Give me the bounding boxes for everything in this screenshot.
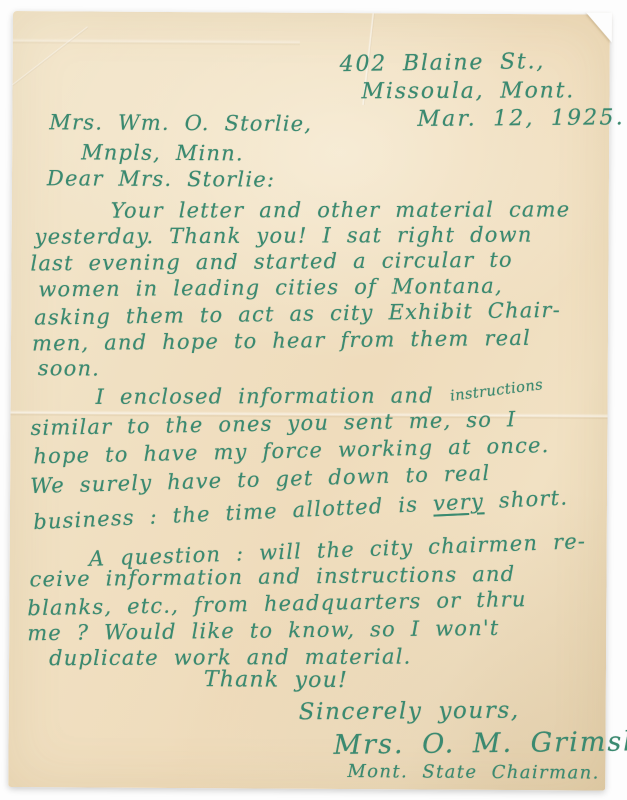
body-p1-line-4: women in leading cities of Montana, [38,274,503,302]
body-p2-line-5-end: short. [483,485,568,513]
body-p1-line-6: men, and hope to hear from them real [32,326,531,356]
valediction: Sincerely yours, [299,698,520,726]
underlined-word: very [432,489,484,515]
body-p1-line-2: yesterday. Thank you! I sat right down [35,223,533,249]
body-p2-line-1: I enclosed information and instructions [96,383,543,409]
body-p3-line-5: duplicate work and material. [49,645,412,671]
sender-address-line-2: Missoula, Mont. [361,78,575,104]
fold-crease-corner [12,26,88,86]
signature-title: Mont. State Chairman. [347,761,600,784]
closing-thanks: Thank you! [204,667,348,693]
body-p1-line-5: asking them to act as city Exhibit Chair… [34,298,561,330]
salutation: Dear Mrs. Storlie: [47,166,275,191]
page-background: { "letter": { "ink_color": "#3a8a70", "p… [0,0,627,800]
clipped-corner [586,13,612,43]
fold-crease-top [13,38,300,46]
body-p3-line-4: me ? Would like to know, so I won't [27,616,500,645]
letter-paper: 402 Blaine St., Missoula, Mont. Mar. 12,… [8,11,610,791]
body-p2-line-1-text: I enclosed information and [96,383,449,409]
body-p3-line-2: ceive information and instructions and [29,562,515,592]
body-p1-line-3: last evening and started a circular to [30,248,512,276]
sender-address-line-1: 402 Blaine St., [340,49,546,77]
signature-name: Mrs. O. M. Grimsby [333,726,627,761]
letter-date: Mar. 12, 1925. [417,105,625,132]
body-p1-line-1: Your letter and other material came [111,197,571,222]
body-p2-line-5-text: business : the time allotted is [33,492,434,534]
body-p2-line-1-tail: instructions [449,376,544,405]
recipient-city: Mnpls, Minn. [81,140,244,165]
body-p3-line-3: blanks, etc., from headquarters or thru [27,587,527,620]
body-p1-line-7: soon. [38,356,100,380]
recipient-name: Mrs. Wm. O. Storlie, [49,110,312,136]
